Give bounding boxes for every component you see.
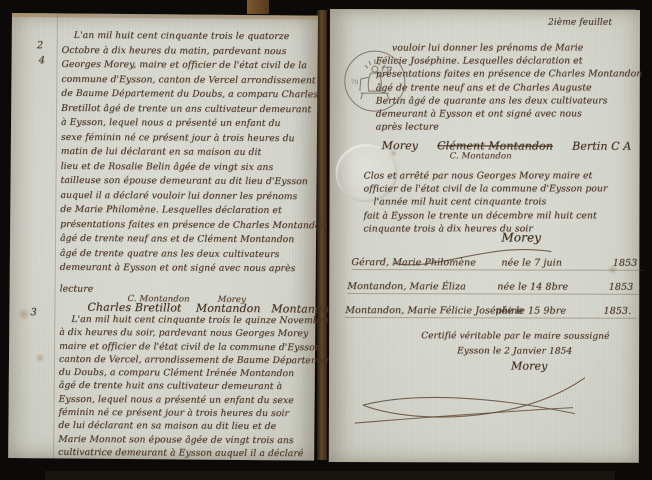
manuscript-line: âgé de trente neuf ans et de Clément Mon… (60, 232, 327, 248)
manuscript-line: Octobre à dix heures du matin, pardevant… (62, 43, 329, 59)
manuscript-line: Bertin âgé de quarante ans les deux cult… (376, 94, 642, 107)
manuscript-line: l'année mil huit cent cinquante trois (363, 196, 607, 209)
manuscript-line: demeurant à Eysson et ont signé avec nou… (60, 261, 327, 277)
margin-number: 4 (39, 55, 46, 66)
officer-signatures: C. Montandon Morey (127, 294, 245, 305)
index-note: née le 7 juin (501, 257, 593, 268)
manuscript-line: de Marie Philomène. Lesquelles déclarati… (60, 203, 327, 219)
margin-number: 2 (37, 40, 44, 51)
manuscript-line: matin de lui déclarant en sa maison au d… (61, 145, 328, 161)
manuscript-line: maire et officier de l'état civil de la … (59, 339, 335, 354)
manuscript-line: après lecture (376, 120, 642, 133)
index-year: 1853 (593, 258, 643, 269)
manuscript-line: Georges Morey, maire et officier de l'ét… (62, 58, 329, 74)
manuscript-line: Clos et arrêté par nous Georges Morey ma… (364, 169, 608, 182)
manuscript-line: vouloir lui donner les prénoms de Marie (376, 41, 642, 54)
index-note: née le 14 8bre (497, 281, 589, 292)
manuscript-line: officier de l'état civil de la commune d… (364, 182, 608, 195)
manuscript-line: sexe féminin né ce présent jour à trois … (61, 130, 328, 146)
manuscript-line: âgé de trente huit ans cultivateur demeu… (59, 379, 335, 394)
index-year: 1853. (587, 306, 637, 317)
birth-index-row: Montandon, Marie Éliza née le 14 8bre 18… (347, 281, 639, 295)
certification-line: Eysson le 2 Janvier 1854 (457, 346, 572, 356)
certification-line: Certifié véritable par le maire soussign… (421, 331, 609, 341)
foxing-spot (35, 353, 45, 362)
manuscript-line: Marie Monnot son épouse âgée de vingt tr… (58, 433, 334, 448)
manuscript-line: commune d'Eysson, canton de Vercel arron… (61, 72, 328, 88)
birth-index-row: Gérard, Marie Philomène née le 7 juin 18… (351, 257, 643, 271)
svg-text:70: 70 (351, 79, 359, 86)
foxing-spot (17, 308, 30, 320)
manuscript-line: à dix heures du soir, pardevant nous Geo… (59, 326, 335, 341)
manuscript-line: présentations faites en présence de Char… (376, 68, 642, 81)
paraph-flourish (347, 367, 597, 430)
manuscript-line: auquel il a déclaré vouloir lui donner l… (60, 188, 327, 204)
manuscript-line: à Eysson, lequel nous a présenté un enfa… (61, 116, 328, 132)
sheet-number-note: 2ième feuillet (548, 18, 612, 28)
manuscript-line: demeurant à Eysson et ont signé avec nou… (376, 107, 642, 120)
margin-number: 3 (30, 307, 37, 318)
scanned-register-spread: 2 4 3 L'an mil huit cent cinquante trois… (0, 0, 652, 480)
manuscript-line: âgé de trente quatre ans les deux cultiv… (60, 246, 327, 262)
right-page: 2ième feuillet 70 vouloir lui donner les… (329, 9, 640, 463)
index-name: Montandon, Marie Félicie Joséphine (345, 305, 495, 316)
manuscript-line: de lui déclarant en sa maison au dit lie… (58, 419, 334, 434)
manuscript-line: cultivatrice demeurant à Eysson auquel i… (58, 446, 334, 461)
index-year: 1853 (589, 282, 639, 293)
margin-rule (53, 13, 58, 458)
manuscript-line: tailleuse son épouse demeurant au dit li… (60, 174, 327, 190)
lecture-label: lecture (60, 283, 94, 294)
manuscript-line: fait à Eysson le trente un décembre mil … (363, 209, 607, 222)
birth-index-row: Montandon, Marie Félicie Joséphine née l… (345, 305, 637, 319)
manuscript-line: cinquante trois à dix heures du soir (363, 222, 607, 235)
manuscript-line: âgé de trente neuf ans et de Charles Aug… (376, 81, 642, 94)
binding-tab (247, 0, 269, 14)
manuscript-line: présentations faites en présence de Char… (60, 217, 327, 233)
manuscript-line: de Baume Département du Doubs, a comparu… (61, 87, 328, 103)
witness-signature: Bertin C A (572, 140, 631, 153)
manuscript-line: Bretillot âgé de trente un ans cultivate… (61, 101, 328, 117)
index-name: Gérard, Marie Philomène (351, 257, 501, 268)
manuscript-line: L'an mil huit cent cinquante trois le qu… (62, 29, 329, 45)
scan-bottom-edge (45, 471, 615, 480)
mayor-signature: Morey (382, 139, 418, 152)
manuscript-line: lieu et de Rosalie Belin âgée de vingt s… (61, 159, 328, 175)
witness-sub-signature: C. Montandon (450, 151, 512, 161)
index-name: Montandon, Marie Éliza (347, 281, 497, 292)
manuscript-line: Félicie Joséphine. Lesquelles déclaratio… (376, 55, 642, 68)
index-note: née le 15 9bre (495, 305, 587, 316)
left-page: 2 4 3 L'an mil huit cent cinquante trois… (8, 13, 318, 461)
